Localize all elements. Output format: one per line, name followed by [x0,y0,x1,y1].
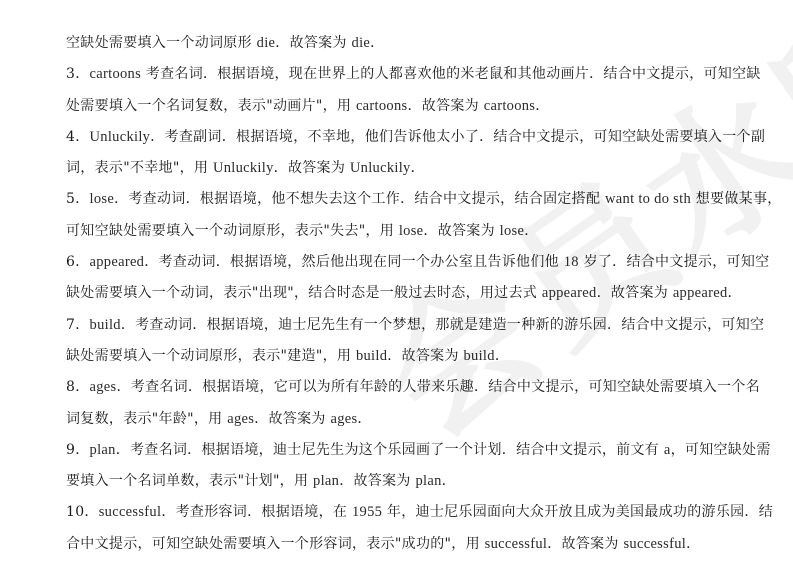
answer-4-line-2: 词，表示"不幸地"，用 Unluckily．故答案为 Unluckily． [66,157,746,188]
text: ．考查形容词．根据语境，在 [161,504,352,520]
text: ． [411,160,425,176]
text: ．考查动词．根据语境，然后他出现在同一个办公室且告诉他们他 [144,254,563,270]
text: ．故答案为 [597,285,673,301]
answer-3-line-1: 3．cartoons 考查名词．根据语境，现在世界上的人都喜欢他的米老鼠和其他动… [66,63,746,94]
answer-4-line-1: 4．Unluckily．考查副词．根据语境，不幸地，他们告诉他太小了．结合中文提… [66,126,746,157]
text: 可知空缺处需要填入一个动词原形，表示"失去"，用 [66,223,399,239]
item-number: 4． [66,129,90,145]
text: ．故答案为 [407,98,483,114]
english-term: die [352,35,371,51]
text: 岁了．结合中文提示，可知空 [579,254,770,270]
text: 年，迪士尼乐园面向大众开放且成为美国最成功的游乐园．结 [382,504,773,520]
english-term: plan [313,473,339,489]
answer-word: plan [90,442,116,458]
english-term: a [664,442,671,458]
text: 空缺处需要填入一个动词原形 [66,35,257,51]
answer-word: build [90,317,121,333]
text: ．故答案为 [275,35,351,51]
english-term: appeared [542,285,597,301]
item-number: 10． [66,504,99,520]
text: 想要做某事， [691,191,782,207]
text: ． [495,348,509,364]
item-number: 6． [66,254,90,270]
item-number: 7． [66,317,90,333]
text: ．故答案为 [547,536,623,552]
answer-10-line-2: 合中文提示，可知空缺处需要填入一个形容词，表示"成功的"，用 successfu… [66,533,746,564]
answer-8-line-1: 8．ages．考查名词．根据语境，它可以为所有年龄的人带来乐趣．结合中文提示，可… [66,376,746,407]
text: ．故答案为 [274,160,350,176]
item-number: 9． [66,442,90,458]
english-term: lose [500,223,525,239]
text: ． [728,285,742,301]
text: 处需要填入一个名词复数，表示"动画片"，用 [66,98,356,114]
english-term: ages [330,411,357,427]
answer-6-line-2: 缺处需要填入一个动词，表示"出现"，结合时态是一般过去时态，用过去式 appea… [66,282,746,313]
text: 词，表示"不幸地"，用 [66,160,213,176]
text: ．考查动词．根据语境，他不想失去这个工作．结合中文提示，结合固定搭配 [114,191,605,207]
english-term: Unluckily [350,160,411,176]
answer-word: cartoons [90,66,142,82]
text-line-1: 空缺处需要填入一个动词原形 die．故答案为 die． [66,32,746,63]
answer-8-line-2: 词复数，表示"年龄"，用 ages．故答案为 ages． [66,408,746,439]
answer-word: Unluckily [90,129,151,145]
english-term: cartoons [484,98,536,114]
text: ．故答案为 [387,348,463,364]
answer-10-line-1: 10．successful．考查形容词．根据语境，在 1955 年，迪士尼乐园面… [66,501,746,532]
text: ． [370,35,384,51]
text: ．考查动词．根据语境，迪士尼先生有一个梦想，那就是建造一种新的游乐园．结合中文提… [121,317,765,333]
item-number: 5． [66,191,90,207]
text: ．考查副词．根据语境，不幸地，他们告诉他太小了．结合中文提示，可知空缺处需要填入… [150,129,765,145]
text: ．考查名词．根据语境，迪士尼先生为这个乐园画了一个计划．结合中文提示，前文有 [116,442,664,458]
answer-7-line-1: 7．build．考查动词．根据语境，迪士尼先生有一个梦想，那就是建造一种新的游乐… [66,314,746,345]
year: 1955 [352,504,382,520]
text: ． [524,223,538,239]
english-term: successful [485,536,548,552]
english-term: appeared [673,285,728,301]
answer-9-line-2: 要填入一个名词单数，表示"计划"，用 plan．故答案为 plan． [66,470,746,501]
answer-word: lose [90,191,115,207]
answer-3-line-2: 处需要填入一个名词复数，表示"动画片"，用 cartoons．故答案为 cart… [66,95,746,126]
answer-explanation-document: 空缺处需要填入一个动词原形 die．故答案为 die． 3．cartoons 考… [66,32,746,564]
text: ．故答案为 [423,223,499,239]
english-term: build [356,348,387,364]
english-term: cartoons [356,98,408,114]
english-term: ages [227,411,254,427]
answer-word: appeared [90,254,145,270]
text: ．故答案为 [339,473,415,489]
answer-9-line-1: 9．plan．考查名词．根据语境，迪士尼先生为这个乐园画了一个计划．结合中文提示… [66,439,746,470]
text: 考查名词．根据语境，现在世界上的人都喜欢他的米老鼠和其他动画片．结合中文提示，可… [141,66,761,82]
number: 18 [564,254,579,270]
english-term: plan [415,473,441,489]
answer-6-line-1: 6．appeared．考查动词．根据语境，然后他出现在同一个办公室且告诉他们他 … [66,251,746,282]
answer-5-line-1: 5．lose．考查动词．根据语境，他不想失去这个工作．结合中文提示，结合固定搭配… [66,188,746,219]
text: 缺处需要填入一个动词，表示"出现"，结合时态是一般过去时态，用过去式 [66,285,542,301]
text: 词复数，表示"年龄"，用 [66,411,227,427]
answer-word: successful [99,504,162,520]
english-term: build [464,348,495,364]
english-term: want to do sth [605,191,691,207]
text: ． [535,98,549,114]
english-term: successful [623,536,686,552]
item-number: 3． [66,66,90,82]
item-number: 8． [66,379,90,395]
answer-7-line-2: 缺处需要填入一个动词原形，表示"建造"，用 build．故答案为 build． [66,345,746,376]
text: 缺处需要填入一个动词原形，表示"建造"，用 [66,348,356,364]
text: ．故答案为 [254,411,330,427]
answer-word: ages [90,379,117,395]
text: ． [357,411,371,427]
text: 要填入一个名词单数，表示"计划"，用 [66,473,313,489]
english-term: die [257,35,276,51]
english-term: lose [399,223,424,239]
english-term: Unluckily [213,160,274,176]
text: 合中文提示，可知空缺处需要填入一个形容词，表示"成功的"，用 [66,536,485,552]
text: ． [442,473,456,489]
text: ． [686,536,700,552]
answer-5-line-2: 可知空缺处需要填入一个动词原形，表示"失去"，用 lose．故答案为 lose． [66,220,746,251]
text: ，可知空缺处需 [671,442,771,458]
text: ．考查名词．根据语境，它可以为所有年龄的人带来乐趣．结合中文提示，可知空缺处需要… [116,379,760,395]
